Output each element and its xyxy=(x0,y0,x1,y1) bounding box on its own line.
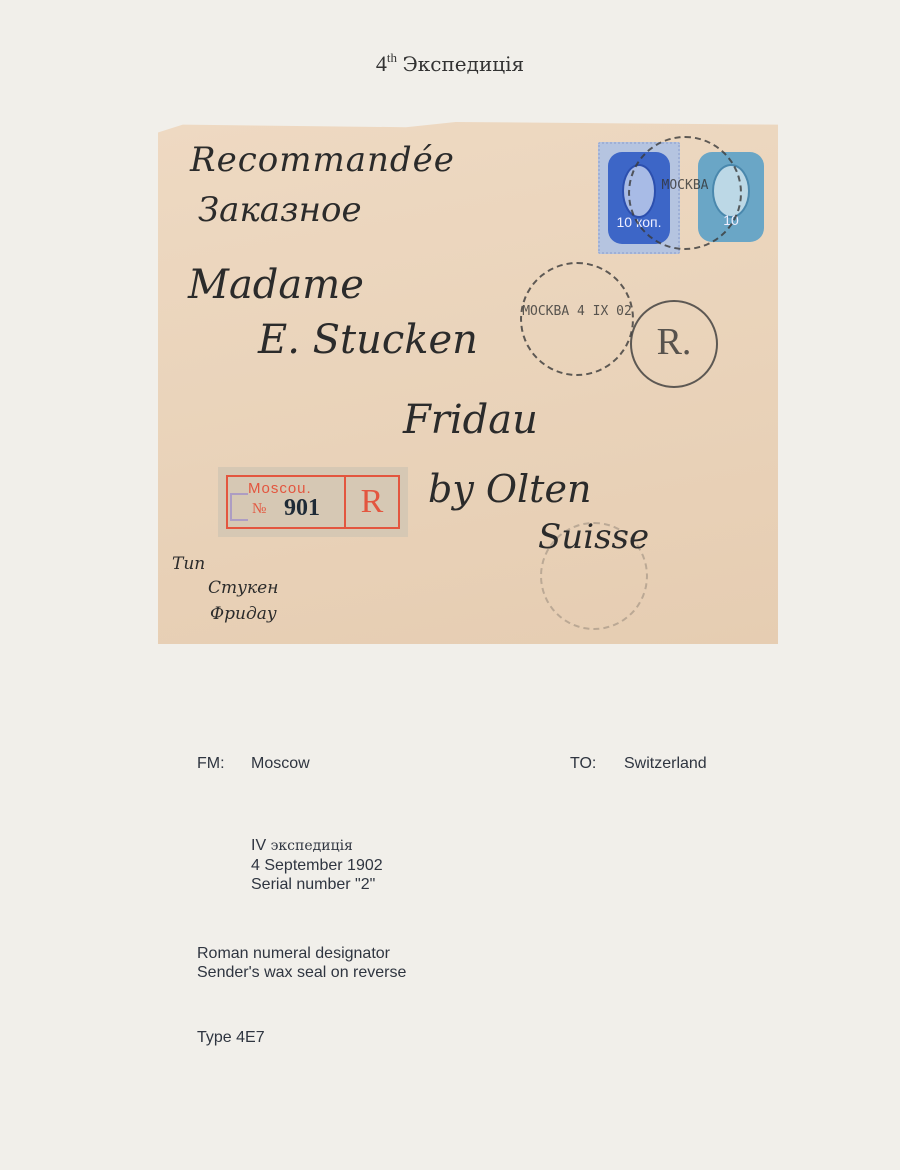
expedition-details: IV экспедиція 4 September 1902 Serial nu… xyxy=(251,836,383,894)
handwriting-recommandee: Recommandée xyxy=(190,140,455,180)
registration-letter: R xyxy=(346,477,398,527)
expedition-date: 4 September 1902 xyxy=(251,856,383,875)
expedition-roman: IV xyxy=(251,837,266,854)
from-value: Moscow xyxy=(251,755,310,773)
type-designation: Type 4E7 xyxy=(197,1029,265,1047)
title-superscript: th xyxy=(387,50,397,65)
title-word: Экспедиція xyxy=(402,52,524,76)
pencil-note-3: Фридау xyxy=(210,604,277,624)
registration-number: 901 xyxy=(284,495,320,522)
registration-number-prefix: № xyxy=(252,501,266,518)
postmark-faint xyxy=(540,522,648,630)
registration-mark-text: R. xyxy=(632,320,716,364)
handwriting-addressee: E. Stucken xyxy=(258,317,478,363)
handwriting-via: by Olten xyxy=(428,467,591,511)
handwriting-zakaznoe: Заказное xyxy=(198,190,362,230)
note-roman-numeral: Roman numeral designator xyxy=(197,944,406,963)
to-value: Switzerland xyxy=(624,755,707,773)
postmark-text: МОСКВА 4 IX 02 xyxy=(522,304,632,319)
serial-number: Serial number "2" xyxy=(251,875,383,894)
to-label: TO: xyxy=(570,755,596,773)
page-title: 4th Экспедиція xyxy=(0,50,900,77)
pencil-note-1: Тип xyxy=(172,554,205,574)
handwriting-town: Fridau xyxy=(403,397,538,443)
envelope-image: Recommandée Заказное Madame E. Stucken F… xyxy=(158,122,778,644)
violet-handstamp xyxy=(230,493,248,521)
postmark-upper: МОСКВА xyxy=(628,136,742,250)
postmark-middle: МОСКВА 4 IX 02 xyxy=(520,262,634,376)
expedition-word: экспедиція xyxy=(271,838,353,854)
from-label: FM: xyxy=(197,755,225,773)
postmark-text: МОСКВА xyxy=(630,178,740,193)
notes: Roman numeral designator Sender's wax se… xyxy=(197,944,406,982)
pencil-note-2: Стукен xyxy=(208,578,278,598)
handwriting-madame: Madame xyxy=(188,262,364,308)
note-wax-seal: Sender's wax seal on reverse xyxy=(197,963,406,982)
registration-label: Moscou. № 901 R xyxy=(218,467,408,537)
title-number: 4 xyxy=(376,51,387,76)
registration-handstamp: R. xyxy=(630,300,718,388)
